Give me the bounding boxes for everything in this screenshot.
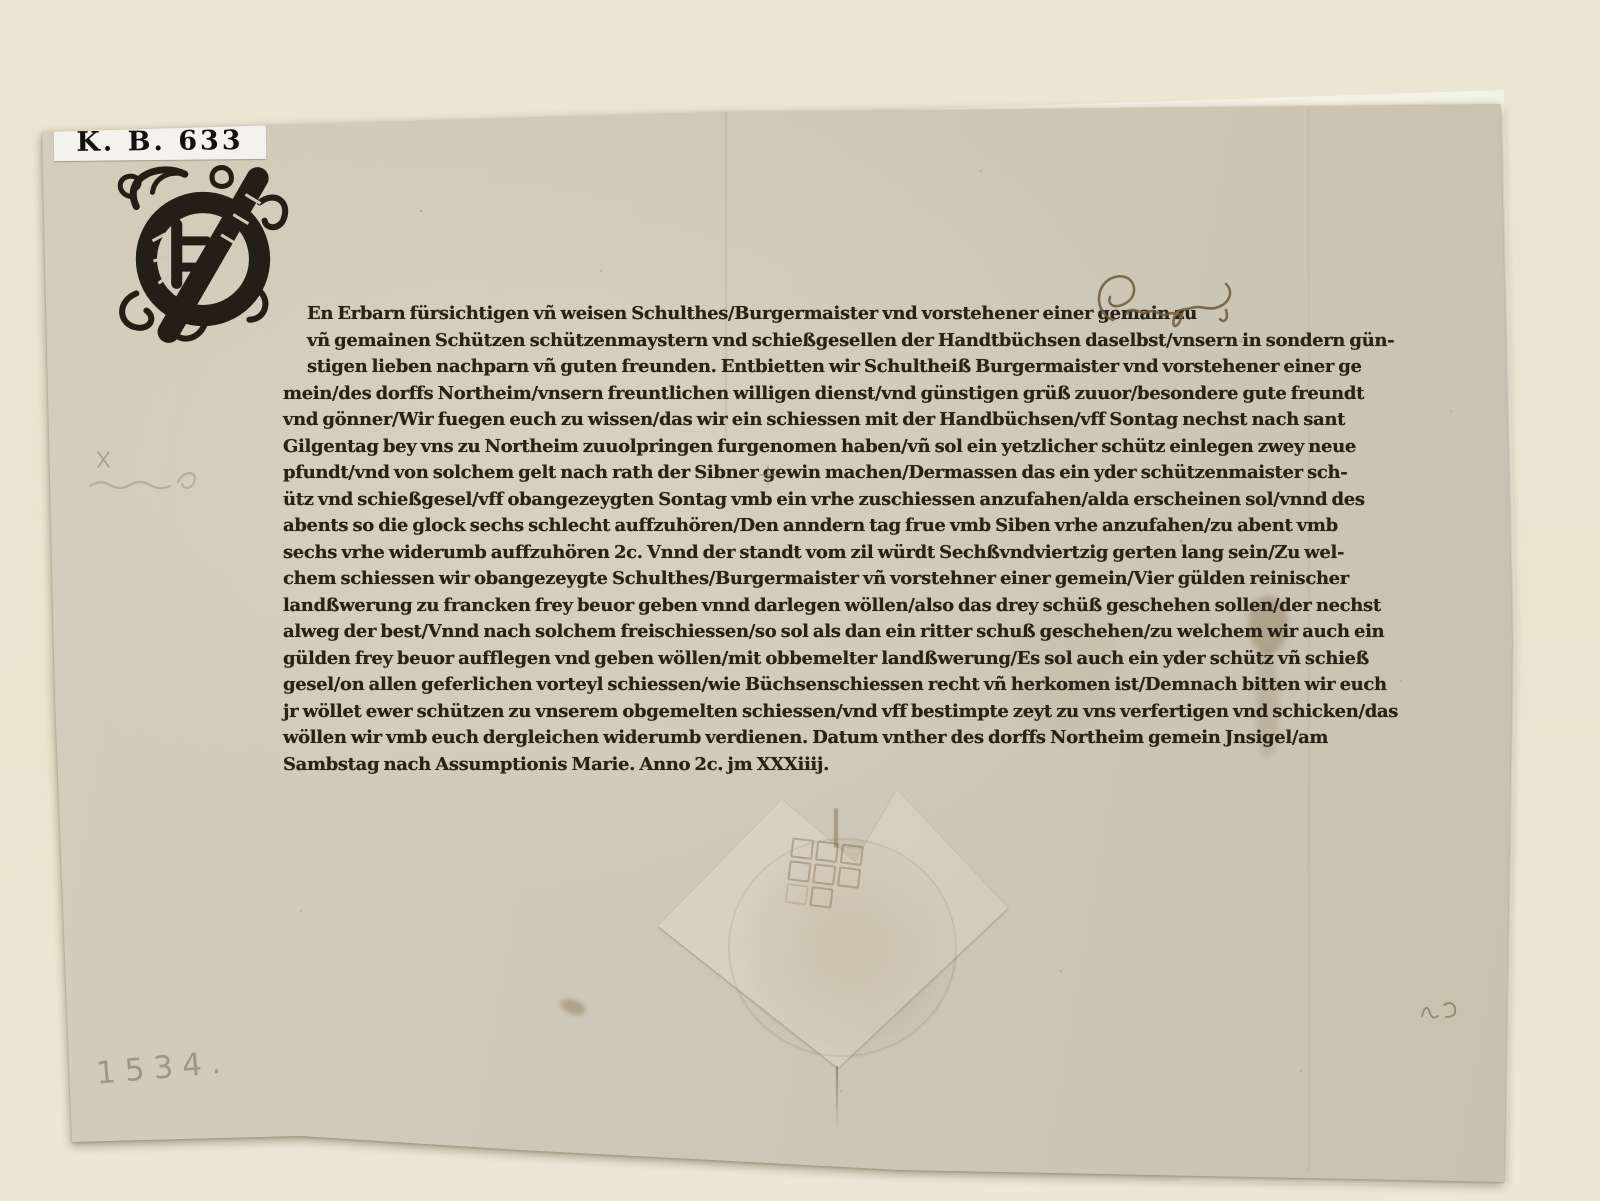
text-line: jr wöllet ewer schützen zu vnserem obgem… xyxy=(283,699,1263,726)
corner-ink-mark xyxy=(1416,996,1468,1024)
text-line: landßwerung zu francken frey beuor geben… xyxy=(283,593,1263,620)
margin-x-and-showthrough-scribble xyxy=(86,446,216,508)
woodcut-initial-D xyxy=(106,160,304,348)
text-line: ütz vnd schießgesel/vff obangezeygten So… xyxy=(283,487,1263,514)
text-line: gülden frey beuor aufflegen vnd geben wö… xyxy=(283,646,1263,673)
pencil-year-annotation: 1534. xyxy=(95,1044,231,1092)
archival-label: K. B. 633 xyxy=(54,122,266,161)
text-line: Gilgentag bey vns zu Northeim zuuolpring… xyxy=(283,434,1263,461)
text-line: vnd gönner/Wir fuegen euch zu wissen/das… xyxy=(283,407,1263,434)
broadsheet-wrap: K. B. 633 xyxy=(0,0,1600,1201)
paper-speckles xyxy=(420,210,422,212)
text-line: chem schiessen wir obangezeygte Schulthe… xyxy=(283,566,1263,593)
text-line: abents so die glock sechs schlecht auffz… xyxy=(283,513,1263,540)
text-line: Sambstag nach Assumptionis Marie. Anno 2… xyxy=(283,752,1263,779)
text-line: stigen lieben nachparn vñ guten freunden… xyxy=(283,354,1263,381)
seal-crease-line xyxy=(836,1066,838,1130)
text-line: alweg der best/Vnnd nach solchem freisch… xyxy=(283,619,1263,646)
small-brown-fleck xyxy=(558,996,587,1018)
seal-cover xyxy=(650,780,1020,1080)
seal-grid-pattern xyxy=(784,837,872,916)
text-line: sechs vrhe widerumb auffzuhören 2c. Vnnd… xyxy=(283,540,1263,567)
text-line: mein/des dorffs Northeim/vnsern freuntli… xyxy=(283,381,1263,408)
text-line: gesel/on allen geferlichen vorteyl schie… xyxy=(283,672,1263,699)
handwritten-place-annotation xyxy=(1085,266,1275,340)
broadsheet-paper: K. B. 633 xyxy=(0,0,1600,1201)
photograph-stage: K. B. 633 xyxy=(0,0,1600,1201)
pencil-cross-mark xyxy=(758,464,778,486)
printed-text-block: En Erbarn fürsichtigen vñ weisen Schulth… xyxy=(283,301,1263,778)
text-line: wöllen wir vmb euch dergleichen widerumb… xyxy=(283,725,1263,752)
archival-label-text: K. B. 633 xyxy=(76,125,244,158)
